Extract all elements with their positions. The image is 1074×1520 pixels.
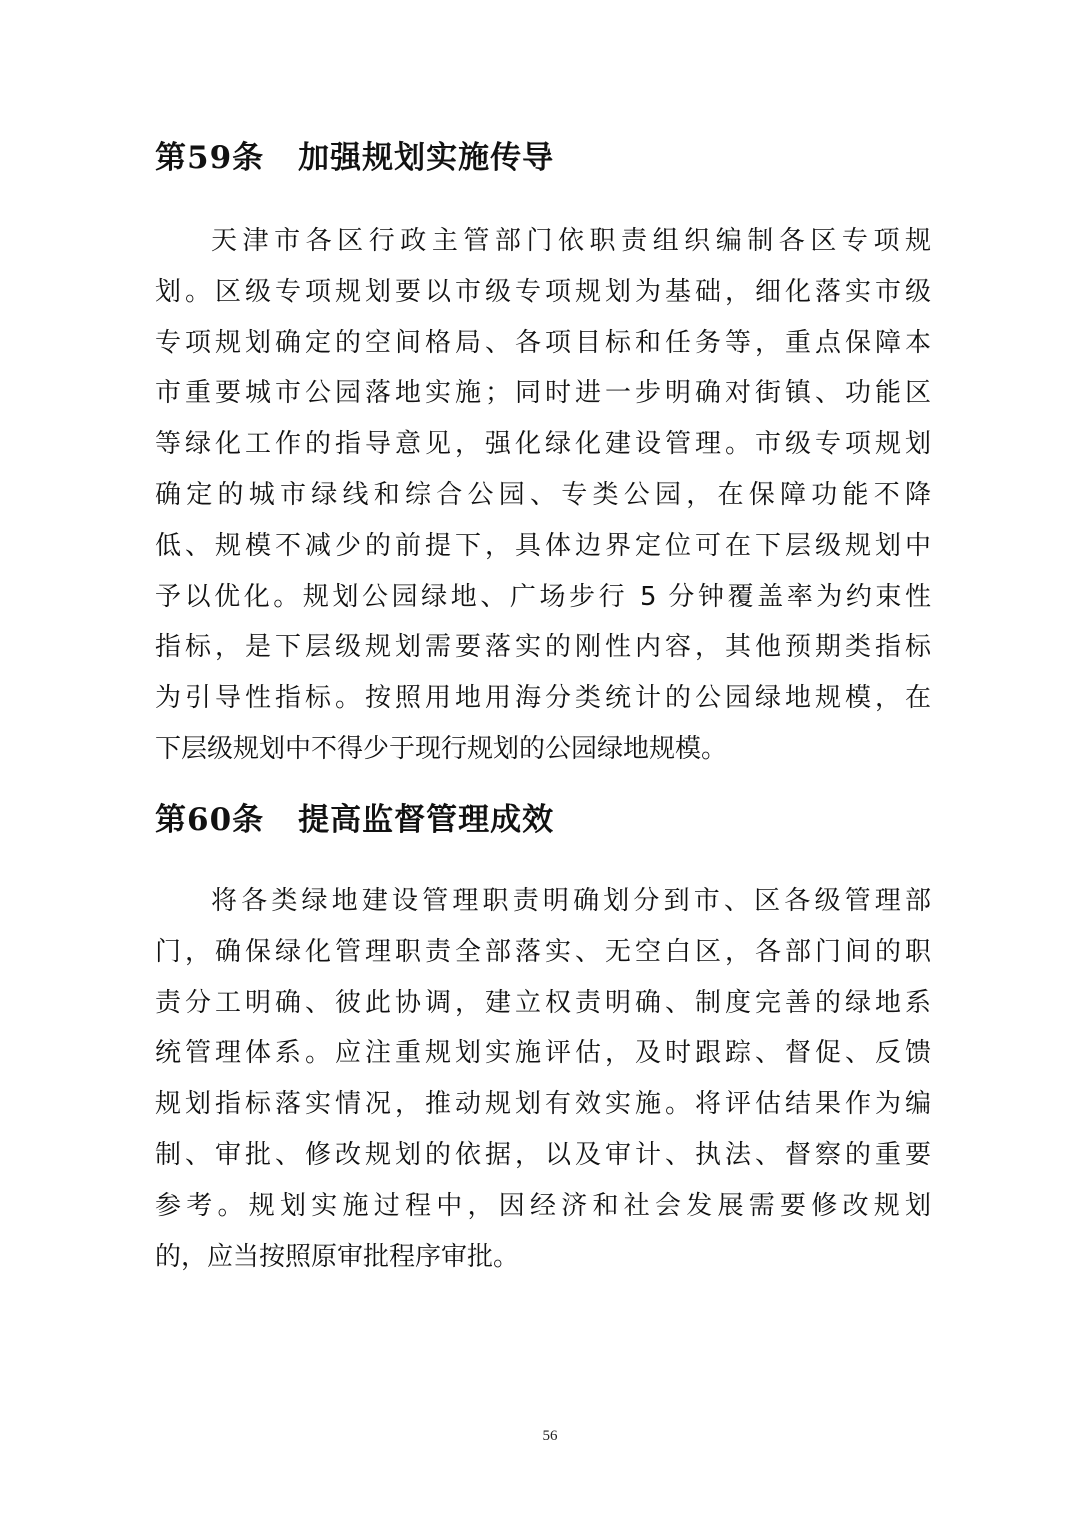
page-number: 56 [0,1428,1074,1445]
text-line: 指标，是下层级规划需要落实的刚性内容，其他预期类指标 [155,622,931,673]
text-line: 规划指标落实情况，推动规划有效实施。将评估结果作为编 [155,1079,931,1130]
text-line: 天津市各区行政主管部门依职责组织编制各区专项规 [155,216,931,267]
document-page: 第59条加强规划实施传导 天津市各区行政主管部门依职责组织编制各区专项规 划。区… [0,0,1074,1520]
text-line: 参考。规划实施过程中，因经济和社会发展需要修改规划 [155,1181,931,1232]
text-line: 责分工明确、彼此协调，建立权责明确、制度完善的绿地系 [155,978,931,1029]
section-number: 第60条 [155,802,264,838]
text-line: 等绿化工作的指导意见，强化绿化建设管理。市级专项规划 [155,419,931,470]
text-line: 专项规划确定的空间格局、各项目标和任务等，重点保障本 [155,318,931,369]
section-title: 提高监督管理成效 [298,802,554,838]
text-line: 划。区级专项规划要以市级专项规划为基础，细化落实市级 [155,267,931,318]
text-line: 低、规模不减少的前提下，具体边界定位可在下层级规划中 [155,521,931,572]
section-number: 第59条 [155,140,264,176]
section-heading-60: 第60条提高监督管理成效 [155,800,554,840]
text-line: 将各类绿地建设管理职责明确划分到市、区各级管理部 [155,876,931,927]
section-59-paragraph: 天津市各区行政主管部门依职责组织编制各区专项规 划。区级专项规划要以市级专项规划… [155,216,931,775]
section-heading-59: 第59条加强规划实施传导 [155,138,554,178]
text-line: 确定的城市绿线和综合公园、专类公园，在保障功能不降 [155,470,931,521]
section-60-paragraph: 将各类绿地建设管理职责明确划分到市、区各级管理部 门，确保绿化管理职责全部落实、… [155,876,931,1282]
text-line: 下层级规划中不得少于现行规划的公园绿地规模。 [155,724,931,775]
text-line: 制、审批、修改规划的依据，以及审计、执法、督察的重要 [155,1130,931,1181]
text-line: 为引导性指标。按照用地用海分类统计的公园绿地规模，在 [155,673,931,724]
text-line: 的，应当按照原审批程序审批。 [155,1232,931,1283]
text-line: 予以优化。规划公园绿地、广场步行 5 分钟覆盖率为约束性 [155,572,931,623]
text-line: 市重要城市公园落地实施；同时进一步明确对街镇、功能区 [155,368,931,419]
text-line: 统管理体系。应注重规划实施评估，及时跟踪、督促、反馈 [155,1028,931,1079]
text-line: 门，确保绿化管理职责全部落实、无空白区，各部门间的职 [155,927,931,978]
section-title: 加强规划实施传导 [298,140,554,176]
